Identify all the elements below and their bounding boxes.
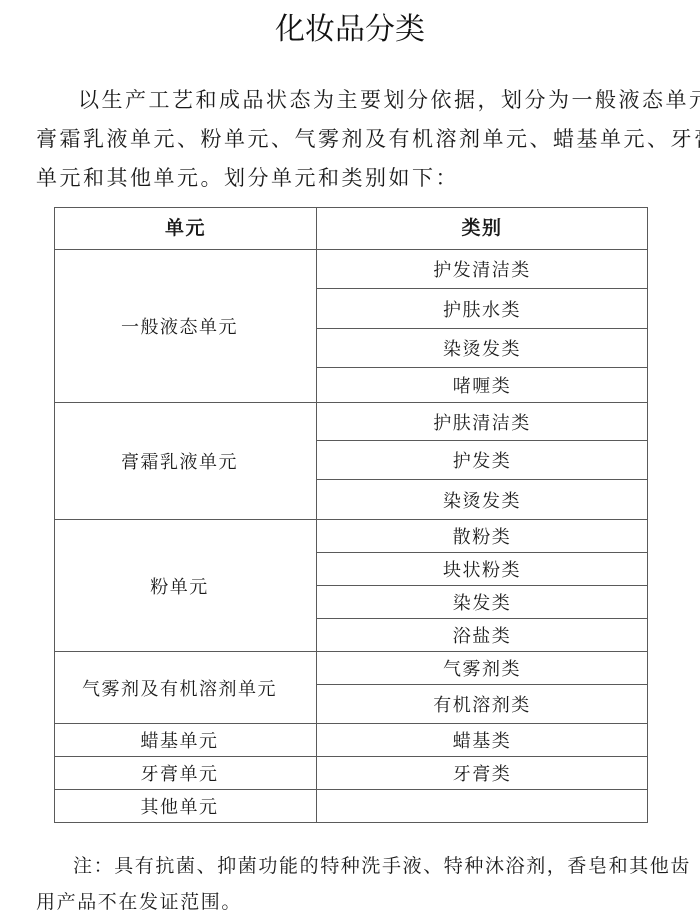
category-cell: 啫喱类 [317,368,648,403]
category-cell: 染烫发类 [317,329,648,368]
unit-cell: 蜡基单元 [55,724,317,757]
unit-cell: 粉单元 [55,520,317,652]
table-header-row: 单元 类别 [55,208,648,250]
unit-cell: 一般液态单元 [55,250,317,403]
table-row: 膏霜乳液单元护肤清洁类 [55,403,648,441]
category-cell: 有机溶剂类 [317,685,648,724]
header-unit: 单元 [55,208,317,250]
table-row: 气雾剂及有机溶剂单元气雾剂类 [55,652,648,685]
header-category: 类别 [317,208,648,250]
category-cell: 护肤水类 [317,289,648,329]
unit-cell: 其他单元 [55,790,317,823]
table-row: 其他单元 [55,790,648,823]
table-row: 粉单元散粉类 [55,520,648,553]
category-cell: 散粉类 [317,520,648,553]
category-cell: 气雾剂类 [317,652,648,685]
category-cell: 蜡基类 [317,724,648,757]
page-title: 化妆品分类 [0,10,700,50]
table-row: 牙膏单元牙膏类 [55,757,648,790]
intro-paragraph: 以生产工艺和成品状态为主要划分依据，划分为一般液态单元、 膏霜乳液单元、粉单元、… [36,81,676,198]
note-line: 注：具有抗菌、抑菌功能的特种洗手液、特种沐浴剂，香皂和其他齿 [36,848,676,884]
intro-line: 以生产工艺和成品状态为主要划分依据，划分为一般液态单元、 [36,81,676,120]
table-body: 一般液态单元护发清洁类护肤水类染烫发类啫喱类膏霜乳液单元护肤清洁类护发类染烫发类… [55,250,648,823]
category-cell: 染烫发类 [317,480,648,520]
unit-cell: 牙膏单元 [55,757,317,790]
unit-cell: 气雾剂及有机溶剂单元 [55,652,317,724]
table-row: 一般液态单元护发清洁类 [55,250,648,289]
category-cell: 护肤清洁类 [317,403,648,441]
category-cell [317,790,648,823]
table-row: 蜡基单元蜡基类 [55,724,648,757]
category-cell: 块状粉类 [317,553,648,586]
intro-line: 膏霜乳液单元、粉单元、气雾剂及有机溶剂单元、蜡基单元、牙膏 [36,120,676,159]
note-line: 用产品不在发证范围。 [36,884,676,913]
intro-line: 单元和其他单元。划分单元和类别如下： [36,159,676,198]
category-cell: 染发类 [317,586,648,619]
category-cell: 浴盐类 [317,619,648,652]
category-cell: 护发类 [317,441,648,480]
category-cell: 牙膏类 [317,757,648,790]
unit-cell: 膏霜乳液单元 [55,403,317,520]
footnote: 注：具有抗菌、抑菌功能的特种洗手液、特种沐浴剂，香皂和其他齿 用产品不在发证范围… [36,848,676,913]
category-cell: 护发清洁类 [317,250,648,289]
unit-category-table: 单元 类别 一般液态单元护发清洁类护肤水类染烫发类啫喱类膏霜乳液单元护肤清洁类护… [54,207,648,823]
